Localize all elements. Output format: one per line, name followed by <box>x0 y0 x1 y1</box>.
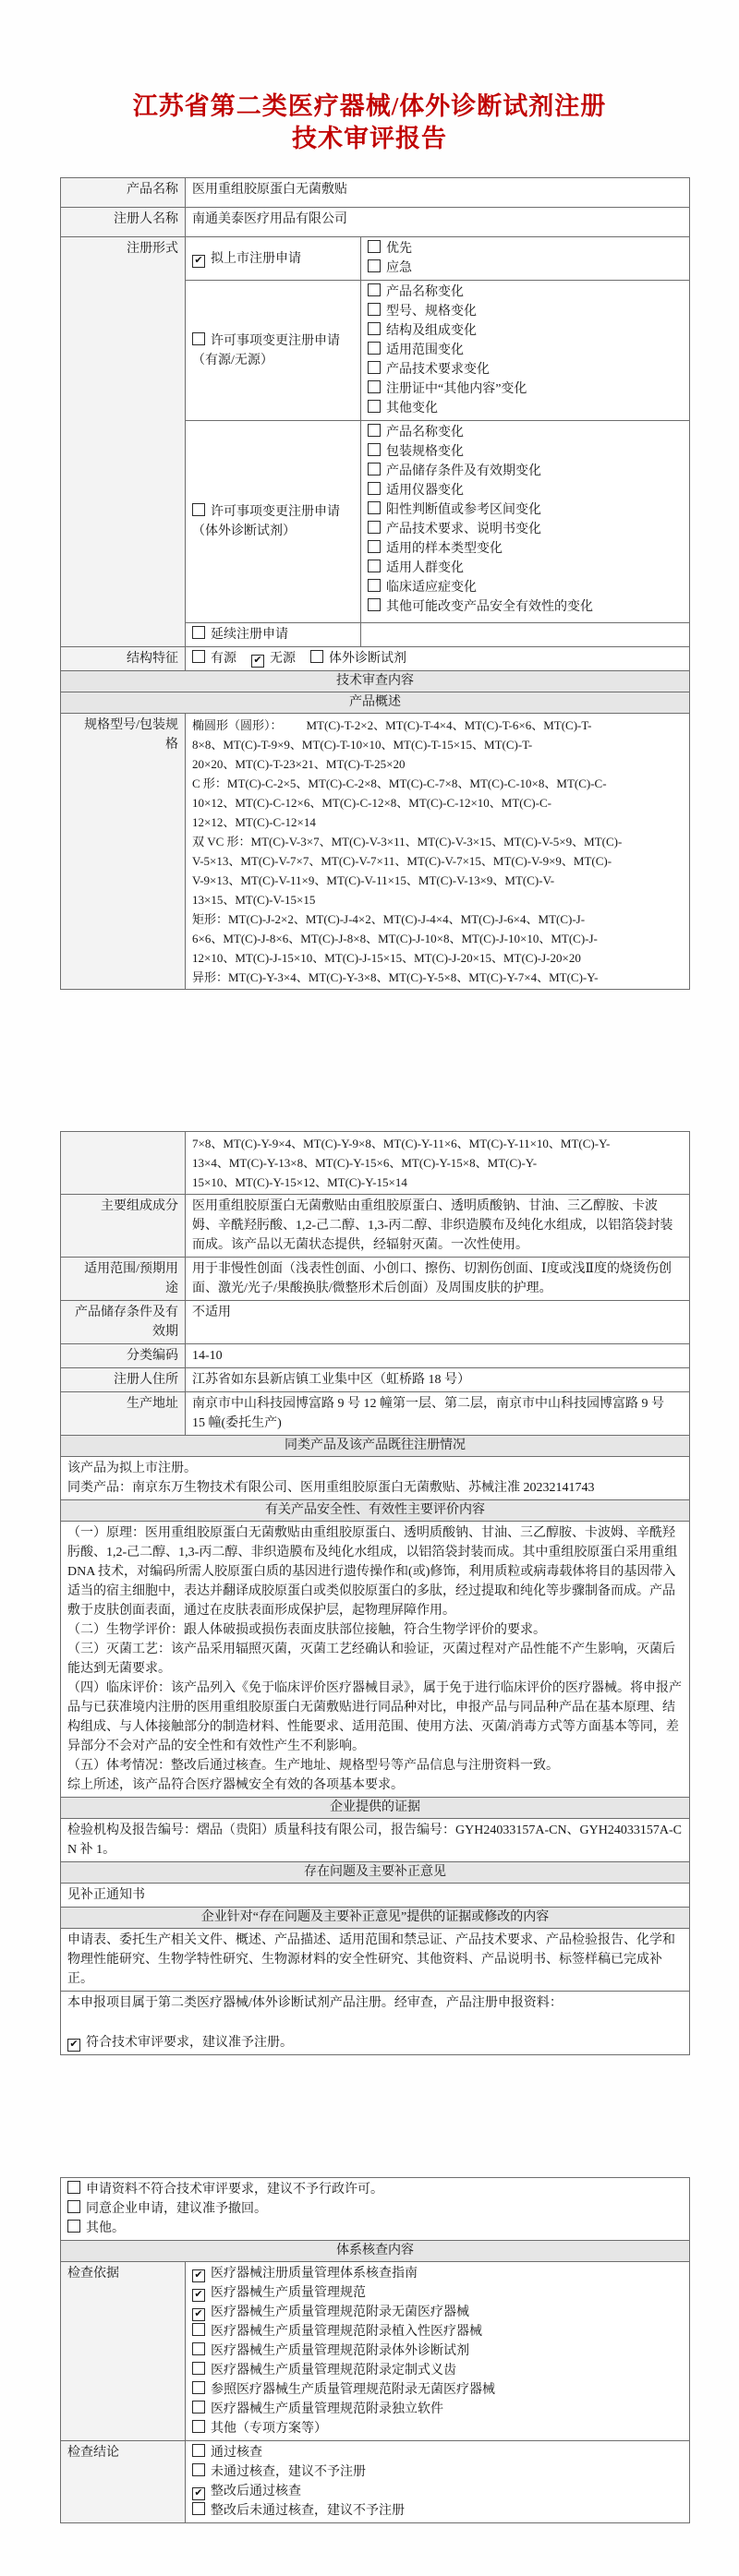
option-label: 申请资料不符合技术审评要求，建议不予行政许可。 <box>86 2183 383 2197</box>
option-label: 其他（专项方案等） <box>211 2422 327 2436</box>
checkbox-icon <box>368 380 381 393</box>
option-label: 阳性判断值或参考区间变化 <box>386 503 541 517</box>
reg-type-renewal-cell: 延续注册申请 <box>186 623 361 647</box>
option-row: 应急 <box>368 259 683 278</box>
checkbox-icon <box>368 482 381 495</box>
option-label: 包装规格变化 <box>386 445 464 459</box>
checkbox-icon <box>368 259 381 272</box>
option-row: 适用范围变化 <box>368 341 683 360</box>
scope-label: 适用范围/预期用 途 <box>61 1258 186 1301</box>
registrant-label: 注册人名称 <box>61 208 186 237</box>
checkbox-icon <box>192 626 205 639</box>
product-detail-table: 7×8、MT(C)-Y-9×4、MT(C)-Y-9×8、MT(C)-Y-11×6… <box>60 1131 690 2055</box>
spec-label: 规格型号/包装规 格 <box>61 714 186 990</box>
option-label: 注册证中“其他内容”变化 <box>386 382 527 396</box>
production-address-value: 南京市中山科技园博富路 9 号 12 幢第一层、第二层，南京市中山科技园博富路 … <box>186 1392 690 1436</box>
option-label: 其他。 <box>86 2221 125 2235</box>
option-row: 延续注册申请 <box>192 625 354 644</box>
reg-type-change-ivd-cell: 许可事项变更注册申请 （体外诊断试剂） <box>186 421 361 623</box>
option-label: 产品技术要求、说明书变化 <box>386 523 541 536</box>
section-header-system-inspection: 体系核查内容 <box>61 2241 690 2262</box>
option-label: 无源 <box>270 652 296 666</box>
report-title-line2: 技术审评报告 <box>0 123 739 155</box>
checkbox-icon <box>192 2444 205 2457</box>
checkbox-icon <box>368 240 381 253</box>
report-title: 江苏省第二类医疗器械/体外诊断试剂注册 技术审评报告 <box>0 90 739 155</box>
option-label: 其他可能改变产品安全有效性的变化 <box>386 600 593 614</box>
option-row: 结构及组成变化 <box>368 321 683 341</box>
option-label: 医疗器械生产质量管理规范附录植入性医疗器械 <box>211 2325 482 2339</box>
checkbox-icon <box>192 2401 205 2413</box>
option-row: 医疗器械生产质量管理规范附录无菌医疗器械 <box>192 2303 683 2322</box>
reg-type-change-device-options: 产品名称变化型号、规格变化结构及组成变化适用范围变化产品技术要求变化注册证中“其… <box>361 281 690 421</box>
class-code-value: 14-10 <box>186 1344 690 1368</box>
row-section-system: 体系核查内容 <box>61 2241 690 2262</box>
class-code-label: 分类编码 <box>61 1344 186 1368</box>
option-row: 其他可能改变产品安全有效性的变化 <box>368 597 683 617</box>
option-label: 拟上市注册申请 <box>211 252 301 266</box>
checkbox-icon <box>67 2181 80 2194</box>
reg-type-change-device-cell: 许可事项变更注册申请 （有源/无源） <box>186 281 361 421</box>
row-decision-options: 申请资料不符合技术审评要求，建议不予行政许可。同意企业申请，建议准予撤回。其他。 <box>61 2178 690 2241</box>
product-name-value: 医用重组胶原蛋白无菌敷贴 <box>186 178 690 208</box>
product-name-label: 产品名称 <box>61 178 186 208</box>
spec-continued-label <box>61 1132 186 1195</box>
option-label: 整改后通过核查 <box>211 2485 301 2498</box>
option-row: 优先 <box>368 239 683 259</box>
review-conclusion-intro: 本申报项目属于第二类医疗器械/体外诊断试剂产品注册。经审查，产品注册申报资料： <box>67 1993 683 2013</box>
option-label: 许可事项变更注册申请 （有源/无源） <box>192 334 340 367</box>
checkbox-icon <box>368 560 381 572</box>
option-row: 其他（专项方案等） <box>192 2419 683 2438</box>
option-label: 未通过核查，建议不予注册 <box>211 2465 366 2479</box>
option-label: 通过核查 <box>211 2446 262 2460</box>
option-row: 适用的样本类型变化 <box>368 539 683 559</box>
option-row: 产品名称变化 <box>368 283 683 302</box>
checkbox-icon <box>192 2487 205 2500</box>
option-label: 产品技术要求变化 <box>386 363 490 377</box>
option-row: 适用人群变化 <box>368 559 683 578</box>
option-row: 无源 <box>251 649 296 668</box>
option-row: 许可事项变更注册申请 （体外诊断试剂） <box>192 502 354 541</box>
spec-continued-value: 7×8、MT(C)-Y-9×4、MT(C)-Y-9×8、MT(C)-Y-11×6… <box>186 1132 690 1195</box>
option-label: 同意企业申请，建议准予撤回。 <box>86 2202 267 2216</box>
checkbox-icon <box>192 503 205 516</box>
row-scope: 适用范围/预期用 途 用于非慢性创面（浅表性创面、小创口、擦伤、切割伤创面、Ⅰ度… <box>61 1258 690 1301</box>
composition-value: 医用重组胶原蛋白无菌敷贴由重组胶原蛋白、透明质酸钠、甘油、三乙醇胺、卡波姆、辛酰… <box>186 1195 690 1258</box>
inspection-basis-options: 医疗器械注册质量管理体系核查指南医疗器械生产质量管理规范医疗器械生产质量管理规范… <box>186 2262 690 2441</box>
decision-options-cell: 申请资料不符合技术审评要求，建议不予行政许可。同意企业申请，建议准予撤回。其他。 <box>61 2178 690 2241</box>
row-section-issues: 存在问题及主要补正意见 <box>61 1862 690 1884</box>
option-label: 医疗器械生产质量管理规范 <box>211 2286 366 2300</box>
row-issues-text: 见补正通知书 <box>61 1884 690 1908</box>
row-section-evaluation: 有关产品安全性、有效性主要评价内容 <box>61 1500 690 1522</box>
row-structure: 结构特征 有源无源体外诊断试剂 <box>61 647 690 671</box>
review-conclusion-cell: 本申报项目属于第二类医疗器械/体外诊断试剂产品注册。经审查，产品注册申报资料： … <box>61 1992 690 2055</box>
issues-text: 见补正通知书 <box>61 1884 690 1908</box>
option-row: 临床适应症变化 <box>368 578 683 597</box>
reg-type-market-options: 优先应急 <box>361 237 690 281</box>
option-row: 医疗器械注册质量管理体系核查指南 <box>192 2264 683 2283</box>
checkbox-icon <box>192 332 205 345</box>
row-registrant: 注册人名称 南通美泰医疗用品有限公司 <box>61 208 690 237</box>
checkbox-icon <box>368 424 381 437</box>
option-label: 结构及组成变化 <box>386 324 477 338</box>
option-label: 产品储存条件及有效期变化 <box>386 464 541 478</box>
option-row: 参照医疗器械生产质量管理规范附录无菌医疗器械 <box>192 2380 683 2400</box>
option-label: 医疗器械生产质量管理规范附录定制式义齿 <box>211 2364 456 2377</box>
row-production-address: 生产地址 南京市中山科技园博富路 9 号 12 幢第一层、第二层，南京市中山科技… <box>61 1392 690 1436</box>
reg-type-renewal-empty-cell <box>361 623 690 647</box>
option-label: 适用范围变化 <box>386 343 464 357</box>
option-row: 通过核查 <box>192 2443 683 2462</box>
report-page: 江苏省第二类医疗器械/体外诊断试剂注册 技术审评报告 产品名称 医用重组胶原蛋白… <box>0 0 739 2576</box>
row-registration-form-1: 注册形式 拟上市注册申请 优先应急 <box>61 237 690 281</box>
row-evidence-text: 检验机构及报告编号：熠品（贵阳）质量科技有限公司，报告编号：GYH2403315… <box>61 1819 690 1862</box>
option-row: 注册证中“其他内容”变化 <box>368 379 683 399</box>
checkbox-icon <box>192 255 205 268</box>
evaluation-text: （一）原理：医用重组胶原蛋白无菌敷贴由重组胶原蛋白、透明质酸钠、甘油、三乙醇胺、… <box>61 1522 690 1798</box>
checkbox-icon <box>192 2502 205 2515</box>
row-similar-text: 该产品为拟上市注册。 同类产品：南京东万生物技术有限公司、医用重组胶原蛋白无菌敷… <box>61 1457 690 1500</box>
system-inspection-table: 申请资料不符合技术审评要求，建议不予行政许可。同意企业申请，建议准予撤回。其他。… <box>60 2177 690 2523</box>
option-label: 延续注册申请 <box>211 628 288 642</box>
checkbox-icon <box>67 2200 80 2213</box>
report-title-line1: 江苏省第二类医疗器械/体外诊断试剂注册 <box>0 90 739 123</box>
similar-products-text: 该产品为拟上市注册。 同类产品：南京东万生物技术有限公司、医用重组胶原蛋白无菌敷… <box>61 1457 690 1500</box>
storage-value: 不适用 <box>186 1301 690 1344</box>
scope-value: 用于非慢性创面（浅表性创面、小创口、擦伤、切割伤创面、Ⅰ度或浅Ⅱ度的烧烫伤创面、… <box>186 1258 690 1301</box>
response-text: 申请表、委托生产相关文件、概述、产品描述、适用范围和禁忌证、产品技术要求、产品检… <box>61 1929 690 1992</box>
reg-type-market-cell: 拟上市注册申请 <box>186 237 361 281</box>
evidence-text: 检验机构及报告编号：熠品（贵阳）质量科技有限公司，报告编号：GYH2403315… <box>61 1819 690 1862</box>
row-inspection-conclusion: 检查结论 通过核查未通过核查，建议不予注册整改后通过核查整改后未通过核查，建议不… <box>61 2441 690 2523</box>
row-section-similar: 同类产品及该产品既往注册情况 <box>61 1436 690 1457</box>
option-row: 产品名称变化 <box>368 423 683 442</box>
row-response-text: 申请表、委托生产相关文件、概述、产品描述、适用范围和禁忌证、产品技术要求、产品检… <box>61 1929 690 1992</box>
option-row: 其他变化 <box>368 399 683 418</box>
inspection-basis-label: 检查依据 <box>61 2262 186 2441</box>
option-row: 产品技术要求变化 <box>368 360 683 379</box>
registrant-address-value: 江苏省如东县新店镇工业集中区（虹桥路 18 号） <box>186 1368 690 1392</box>
option-row: 拟上市注册申请 <box>192 249 354 269</box>
option-row: 申请资料不符合技术审评要求，建议不予行政许可。 <box>67 2180 683 2199</box>
section-header-response: 企业针对“存在问题及主要补正意见”提供的证据或修改的内容 <box>61 1908 690 1929</box>
option-row: 符合技术审评要求，建议准予注册。 <box>67 2033 683 2052</box>
row-product-name: 产品名称 医用重组胶原蛋白无菌敷贴 <box>61 178 690 208</box>
section-header-evaluation: 有关产品安全性、有效性主要评价内容 <box>61 1500 690 1522</box>
checkbox-icon <box>67 2039 80 2052</box>
checkbox-icon <box>192 2269 205 2282</box>
storage-label: 产品储存条件及有 效期 <box>61 1301 186 1344</box>
checkbox-icon <box>310 650 323 663</box>
option-label: 医疗器械生产质量管理规范附录无菌医疗器械 <box>211 2305 469 2319</box>
checkbox-icon <box>192 2381 205 2394</box>
option-row: 包装规格变化 <box>368 442 683 462</box>
row-registrant-address: 注册人住所 江苏省如东县新店镇工业集中区（虹桥路 18 号） <box>61 1368 690 1392</box>
option-row: 型号、规格变化 <box>368 302 683 321</box>
option-row: 同意企业申请，建议准予撤回。 <box>67 2199 683 2219</box>
option-row: 医疗器械生产质量管理规范附录植入性医疗器械 <box>192 2322 683 2341</box>
registrant-value: 南通美泰医疗用品有限公司 <box>186 208 690 237</box>
option-row: 医疗器械生产质量管理规范附录独立软件 <box>192 2400 683 2419</box>
option-label: 适用仪器变化 <box>386 484 464 498</box>
section-header-similar-products: 同类产品及该产品既往注册情况 <box>61 1436 690 1457</box>
row-inspection-basis: 检查依据 医疗器械注册质量管理体系核查指南医疗器械生产质量管理规范医疗器械生产质… <box>61 2262 690 2441</box>
checkbox-icon <box>67 2220 80 2233</box>
structure-options: 有源无源体外诊断试剂 <box>186 647 690 671</box>
row-spec: 规格型号/包装规 格 椭圆形（圆形）： MT(C)-T-2×2、MT(C)-T-… <box>61 714 690 990</box>
option-label: 临床适应症变化 <box>386 581 477 595</box>
row-spec-continued: 7×8、MT(C)-Y-9×4、MT(C)-Y-9×8、MT(C)-Y-11×6… <box>61 1132 690 1195</box>
checkbox-icon <box>368 579 381 592</box>
registrant-address-label: 注册人住所 <box>61 1368 186 1392</box>
option-row: 产品储存条件及有效期变化 <box>368 462 683 481</box>
option-row: 整改后通过核查 <box>192 2482 683 2501</box>
option-label: 适用的样本类型变化 <box>386 542 503 556</box>
option-label: 型号、规格变化 <box>386 305 477 319</box>
section-header-overview: 产品概述 <box>61 692 690 714</box>
option-row: 医疗器械生产质量管理规范附录体外诊断试剂 <box>192 2341 683 2361</box>
option-row: 阳性判断值或参考区间变化 <box>368 500 683 520</box>
option-label: 符合技术审评要求，建议准予注册。 <box>86 2036 293 2050</box>
option-label: 产品名称变化 <box>386 426 464 439</box>
checkbox-icon <box>192 2289 205 2302</box>
composition-label: 主要组成成分 <box>61 1195 186 1258</box>
option-row: 未通过核查，建议不予注册 <box>192 2462 683 2482</box>
checkbox-icon <box>368 400 381 413</box>
row-section-evidence: 企业提供的证据 <box>61 1798 690 1819</box>
checkbox-icon <box>368 598 381 611</box>
option-label: 优先 <box>386 242 412 256</box>
option-row: 医疗器械生产质量管理规范 <box>192 2283 683 2303</box>
inspection-conclusion-options: 通过核查未通过核查，建议不予注册整改后通过核查整改后未通过核查，建议不予注册 <box>186 2441 690 2523</box>
option-row: 其他。 <box>67 2219 683 2238</box>
option-label: 其他变化 <box>386 402 438 415</box>
option-label: 应急 <box>386 261 412 275</box>
option-label: 整改后未通过核查，建议不予注册 <box>211 2504 405 2518</box>
option-label: 医疗器械注册质量管理体系核查指南 <box>211 2267 418 2281</box>
option-label: 产品名称变化 <box>386 285 464 299</box>
checkbox-icon <box>192 2362 205 2375</box>
row-storage: 产品储存条件及有 效期 不适用 <box>61 1301 690 1344</box>
checkbox-icon <box>192 2323 205 2336</box>
checkbox-icon <box>192 2463 205 2476</box>
product-overview-table: 产品名称 医用重组胶原蛋白无菌敷贴 注册人名称 南通美泰医疗用品有限公司 注册形… <box>60 177 690 990</box>
checkbox-icon <box>368 283 381 296</box>
section-header-issues: 存在问题及主要补正意见 <box>61 1862 690 1884</box>
row-section-overview: 产品概述 <box>61 692 690 714</box>
checkbox-icon <box>368 342 381 355</box>
option-row: 适用仪器变化 <box>368 481 683 500</box>
spec-value: 椭圆形（圆形）： MT(C)-T-2×2、MT(C)-T-4×4、MT(C)-T… <box>186 714 690 990</box>
checkbox-icon <box>192 2308 205 2321</box>
option-label: 参照医疗器械生产质量管理规范附录无菌医疗器械 <box>211 2383 495 2397</box>
checkbox-icon <box>368 361 381 374</box>
option-label: 许可事项变更注册申请 （体外诊断试剂） <box>192 505 340 538</box>
checkbox-icon <box>192 2420 205 2433</box>
checkbox-icon <box>368 322 381 335</box>
option-label: 医疗器械生产质量管理规范附录体外诊断试剂 <box>211 2344 469 2358</box>
row-class-code: 分类编码 14-10 <box>61 1344 690 1368</box>
option-label: 医疗器械生产质量管理规范附录独立软件 <box>211 2402 443 2416</box>
reg-type-change-ivd-options: 产品名称变化包装规格变化产品储存条件及有效期变化适用仪器变化阳性判断值或参考区间… <box>361 421 690 623</box>
checkbox-icon <box>368 443 381 456</box>
checkbox-icon <box>192 2342 205 2355</box>
row-review-conclusion: 本申报项目属于第二类医疗器械/体外诊断试剂产品注册。经审查，产品注册申报资料： … <box>61 1992 690 2055</box>
option-row: 医疗器械生产质量管理规范附录定制式义齿 <box>192 2361 683 2380</box>
option-row: 整改后未通过核查，建议不予注册 <box>192 2501 683 2521</box>
option-label: 体外诊断试剂 <box>329 652 406 666</box>
checkbox-icon <box>368 521 381 534</box>
option-label: 适用人群变化 <box>386 561 464 575</box>
production-address-label: 生产地址 <box>61 1392 186 1436</box>
option-row: 有源 <box>192 649 236 668</box>
checkbox-icon <box>368 501 381 514</box>
row-section-review: 技术审查内容 <box>61 671 690 692</box>
row-composition: 主要组成成分 医用重组胶原蛋白无菌敷贴由重组胶原蛋白、透明质酸钠、甘油、三乙醇胺… <box>61 1195 690 1258</box>
registration-form-label: 注册形式 <box>61 237 186 647</box>
checkbox-icon <box>251 655 264 668</box>
checkbox-icon <box>192 650 205 663</box>
checkbox-icon <box>368 540 381 553</box>
section-header-evidence: 企业提供的证据 <box>61 1798 690 1819</box>
checkbox-icon <box>368 303 381 316</box>
checkbox-icon <box>368 463 381 475</box>
option-label: 有源 <box>211 652 236 666</box>
inspection-conclusion-label: 检查结论 <box>61 2441 186 2523</box>
option-row: 体外诊断试剂 <box>310 649 406 668</box>
row-section-response: 企业针对“存在问题及主要补正意见”提供的证据或修改的内容 <box>61 1908 690 1929</box>
structure-label: 结构特征 <box>61 647 186 671</box>
option-row: 许可事项变更注册申请 （有源/无源） <box>192 331 354 370</box>
section-header-review: 技术审查内容 <box>61 671 690 692</box>
row-evaluation-text: （一）原理：医用重组胶原蛋白无菌敷贴由重组胶原蛋白、透明质酸钠、甘油、三乙醇胺、… <box>61 1522 690 1798</box>
option-row: 产品技术要求、说明书变化 <box>368 520 683 539</box>
